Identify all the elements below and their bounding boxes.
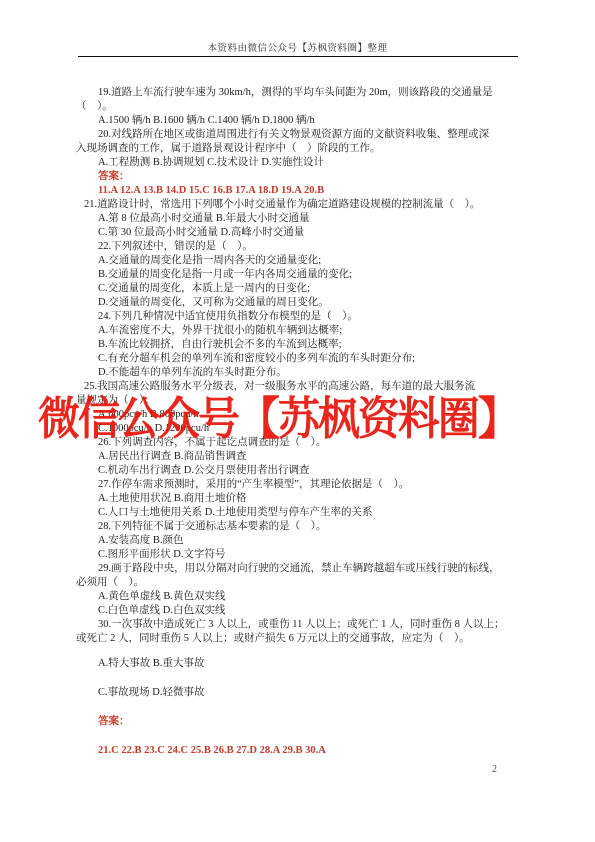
q20-options: A.工程勘测 B.协调规划 C.技术设计 D.实施性设计 — [76, 156, 524, 170]
q30-options-cd: C.事故现场 D.轻微事故 — [76, 686, 524, 700]
answers-21-30: 21.C 22.B 23.C 24.C 25.B 26.B 27.D 28.A … — [76, 744, 524, 758]
q28-options-ab: A.安装高度 B.颜色 — [76, 534, 524, 548]
q22-option-b: B.交通量的周变化是指一月或一年内各周交通量的变化; — [76, 268, 524, 282]
answers-label-1: 答案： — [76, 170, 524, 184]
q22-option-d: D.交通量的周变化，又可称为交通量的周日变化。 — [76, 296, 524, 310]
q29-options-ab: A.黄色单虚线 B.黄色双实线 — [76, 590, 524, 604]
q29-text-cont: 必须用（ ）。 — [76, 576, 524, 590]
q20-text-cont: 入现场调查的工作，属于道路景观设计程序中（ ）阶段的工作。 — [76, 142, 524, 156]
q27-text: 27.作停车需求预测时，采用的“产生率模型”，其理论依据是（ ）。 — [76, 478, 524, 492]
q19-text-cont: （ ）。 — [76, 100, 524, 114]
q24-option-a: A.车流密度不大，外界干扰很小的随机车辆到达概率; — [76, 324, 524, 338]
q27-options-cd: C.人口与土地使用关系 D.土地使用类型与停车产生率的关系 — [76, 506, 524, 520]
answers-11-20: 11.A 12.A 13.B 14.D 15.C 16.B 17.A 18.D … — [76, 184, 524, 198]
page-number: 2 — [492, 764, 497, 775]
answers-label-2: 答案： — [76, 715, 524, 729]
q30-text-cont: 或死亡 2 人，同时重伤 5 人以上；或财产损失 6 万元以上的交通事故，应定为… — [76, 632, 524, 646]
q25-options-cd: C.1000pcu/h D.1200pcu/h — [76, 422, 524, 436]
q25-options-ab: A.600pcu/h B.800pcu/h — [76, 408, 524, 422]
exam-content: 19.道路上车流行驶车速为 30km/h，测得的平均车头间距为 20m，则该路段… — [76, 86, 524, 758]
q22-text: 22.下列叙述中，错误的是（ ）。 — [76, 240, 524, 254]
q26-options-ab: A.居民出行调查 B.商品销售调查 — [76, 450, 524, 464]
q19-options: A.1500 辆/h B.1600 辆/h C.1400 辆/h D.1800 … — [76, 114, 524, 128]
page-header: 本资料由微信公众号【苏枫资料圈】整理 — [0, 40, 595, 54]
q24-option-d: D.不能超车的单列车流的车头时距分布。 — [76, 366, 524, 380]
q24-option-b: B.车流比较拥挤，自由行驶机会不多的车流到达概率; — [76, 338, 524, 352]
q29-text: 29.画于路段中央，用以分隔对向行驶的交通流，禁止车辆跨越超车或压线行驶的标线， — [76, 562, 524, 576]
header-rule — [78, 56, 518, 57]
q19-text: 19.道路上车流行驶车速为 30km/h，测得的平均车头间距为 20m，则该路段… — [76, 86, 524, 100]
q21-text: 21.道路设计时，常选用下列哪个小时交通量作为确定道路建设规模的控制流量（ ）。 — [76, 198, 524, 212]
document-page: 本资料由微信公众号【苏枫资料圈】整理 19.道路上车流行驶车速为 30km/h，… — [0, 0, 595, 842]
q27-options-ab: A.土地使用状况 B.商用土地价格 — [76, 492, 524, 506]
q26-options-cd: C.机动车出行调查 D.公交月票使用者出行调查 — [76, 464, 524, 478]
q29-options-cd: C.白色单虚线 D.白色双实线 — [76, 604, 524, 618]
q24-text: 24.下列几种情况中适宜使用负指数分布模型的是（ ）。 — [76, 310, 524, 324]
q22-option-a: A.交通量的周变化是指一周内各天的交通量变化; — [76, 254, 524, 268]
q21-options-cd: C.第 30 位最高小时交通量 D.高峰小时交通量 — [76, 226, 524, 240]
q25-text-cont: 量规定为（ ）。 — [76, 394, 524, 408]
q28-options-cd: C.图形平面形状 D.文字符号 — [76, 548, 524, 562]
q26-text: 26.下列调查内容，不属于起讫点调查的是（ ）。 — [76, 436, 524, 450]
q25-text: 25.我国高速公路服务水平分级表，对一级服务水平的高速公路，每车道的最大服务流 — [76, 380, 524, 394]
q28-text: 28.下列特征不属于交通标志基本要素的是（ ）。 — [76, 520, 524, 534]
q30-options-ab: A.特大事故 B.重大事故 — [76, 657, 524, 671]
q24-option-c: C.有充分超车机会的单列车流和密度较小的多列车流的车头时距分布; — [76, 352, 524, 366]
q22-option-c: C.交通量的周变化，本质上是一周内的日变化; — [76, 282, 524, 296]
q20-text: 20.对线路所在地区或街道周围进行有关文物景观资源方面的文献资料收集、整理或深 — [76, 128, 524, 142]
q21-options-ab: A.第 8 位最高小时交通量 B.年最大小时交通量 — [76, 212, 524, 226]
q30-text: 30.一次事故中造成死亡 3 人以上，或重伤 11 人以上；或死亡 1 人，同时… — [76, 618, 524, 632]
